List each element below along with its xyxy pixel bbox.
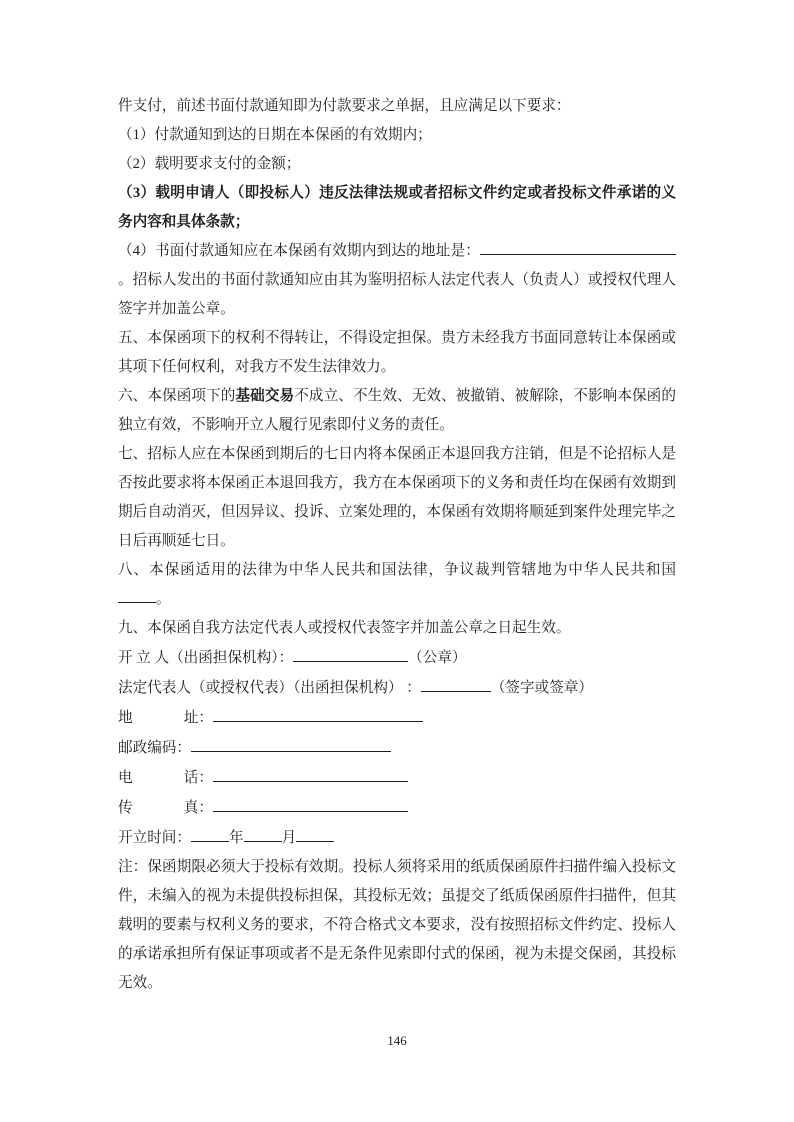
issue-date-line: 开立时间：年月 (118, 823, 676, 853)
blank-notice-address (480, 240, 676, 255)
clause8-prefix-text: 八、本保函适用的法律为中华人民共和国法律，争议裁判管辖地为中华人民共和国 (118, 562, 676, 578)
requirement-item-1: （1）付款通知到达的日期在本保函的有效期内； (118, 121, 676, 150)
issue-date-label: 开立时间： (118, 830, 191, 846)
clause-7: 七、招标人应在本保函到期后的七日内将本保函正本退回我方注销，但是不论招标人是否按… (118, 440, 676, 556)
fax-label: 传真： (118, 793, 213, 823)
blank-year (191, 827, 229, 842)
blank-month (244, 827, 282, 842)
requirement-item-4: （4）书面付款通知应在本保函有效期内到达的地址是：。招标人发出的书面付款通知应由… (118, 237, 676, 324)
blank-phone (213, 767, 408, 782)
clause-8: 八、本保函适用的法律为中华人民共和国法律，争议裁判管辖地为中华人民共和国。 (118, 556, 676, 614)
issuer-line: 开 立 人（出函担保机构）：（公章） (118, 643, 676, 673)
item4-rest-text: 。招标人发出的书面付款通知应由其为鉴明招标人法定代表人（负责人）或授权代理人签字… (118, 272, 676, 317)
document-page: 件支付，前述书面付款通知即为付款要求之单据，且应满足以下要求： （1）付款通知到… (0, 0, 794, 1122)
year-label: 年 (229, 830, 244, 846)
document-body: 件支付，前述书面付款通知即为付款要求之单据，且应满足以下要求： （1）付款通知到… (118, 92, 676, 998)
legal-rep-sign-label: （签字或签章） (491, 680, 593, 696)
continuation-text: 件支付，前述书面付款通知即为付款要求之单据，且应满足以下要求： (118, 92, 676, 121)
postal-code-line: 邮政编码： (118, 733, 676, 763)
blank-fax (213, 797, 408, 812)
clause6-prefix-text: 六、本保函项下的 (118, 388, 235, 404)
page-number: 146 (0, 1033, 794, 1049)
blank-issuer-name (293, 647, 408, 662)
requirement-item-2: （2）载明要求支付的金额； (118, 150, 676, 179)
address-label: 地址： (118, 703, 213, 733)
issuer-seal-label: （公章） (408, 650, 466, 666)
blank-day (296, 827, 334, 842)
phone-line: 电话： (118, 763, 676, 793)
legal-rep-label: 法定代表人（或授权代表）（出函担保机构） ： (118, 680, 421, 696)
clause6-bold-term: 基础交易 (235, 388, 294, 404)
issuer-label: 开 立 人（出函担保机构）： (118, 650, 293, 666)
blank-postal-code (191, 737, 391, 752)
fax-line: 传真： (118, 793, 676, 823)
clause-5: 五、本保函项下的权利不得转让，不得设定担保。贵方未经我方书面同意转让本保函或其项… (118, 324, 676, 382)
blank-address (213, 707, 423, 722)
blank-legal-rep-signature (421, 677, 491, 692)
phone-label: 电话： (118, 763, 213, 793)
legal-rep-line: 法定代表人（或授权代表）（出函担保机构） ：（签字或签章） (118, 673, 676, 703)
requirement-item-3: （3）载明申请人（即投标人）违反法律法规或者招标文件约定或者投标文件承诺的义务内… (118, 179, 676, 237)
clause-6: 六、本保函项下的基础交易不成立、不生效、无效、被撤销、被解除，不影响本保函的独立… (118, 382, 676, 440)
blank-jurisdiction (118, 588, 156, 603)
postal-code-label: 邮政编码： (118, 740, 191, 756)
month-label: 月 (282, 830, 297, 846)
clause8-suffix-text: 。 (156, 591, 171, 607)
note-paragraph: 注：保函期限必须大于投标有效期。投标人须将采用的纸质保函原件扫描件编入投标文件，… (118, 853, 676, 998)
address-line: 地址： (118, 703, 676, 733)
clause-9: 九、本保函自我方法定代表人或授权代表签字并加盖公章之日起生效。 (118, 614, 676, 643)
item4-prefix-text: （4）书面付款通知应在本保函有效期内到达的地址是： (118, 243, 480, 259)
